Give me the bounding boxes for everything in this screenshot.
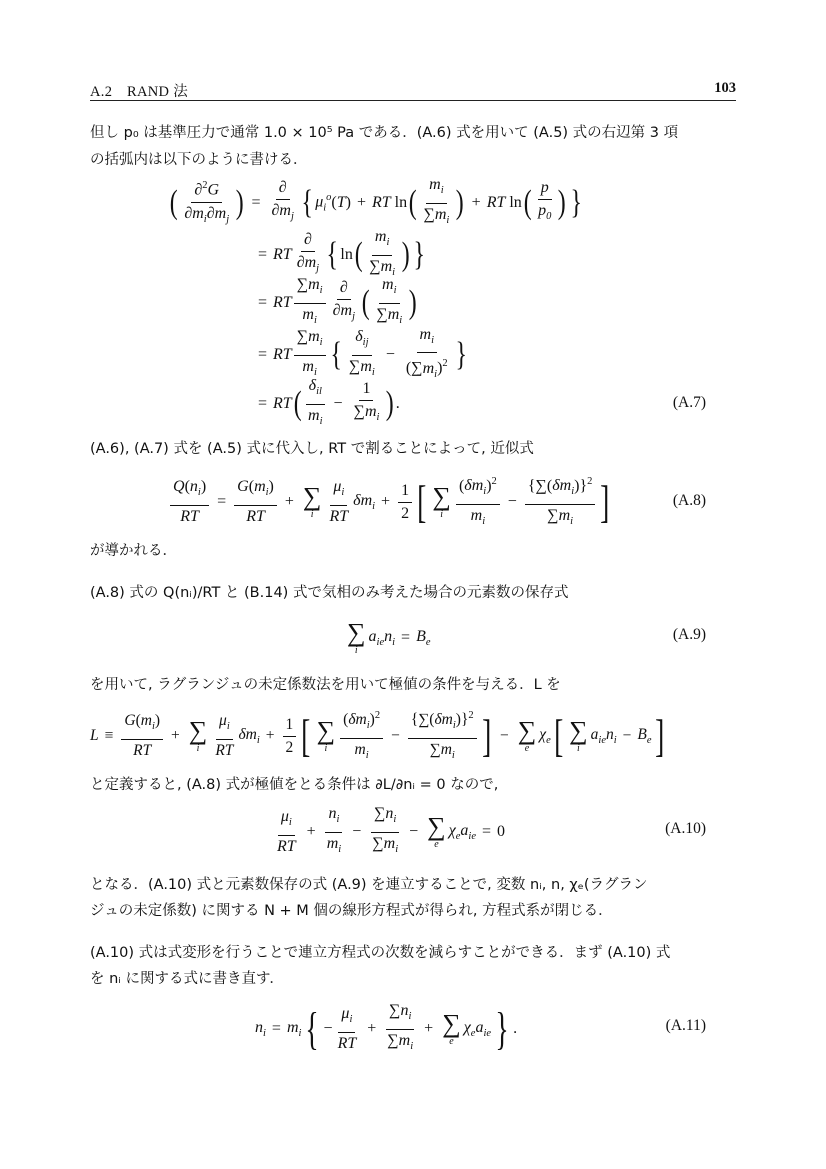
running-header: A.2 RAND 法 103	[90, 80, 736, 101]
equation-a11: ni=mi { −μiRT + ∑ni∑mi + ∑e χeaie }.	[255, 1002, 517, 1056]
equation-a7-line-4: =RT ∑mimi { δij∑mi − mi(∑mi)2 }	[258, 330, 469, 380]
document-page: A.2 RAND 法 103 但し p₀ は基準圧力で通常 1.0 × 10⁵ …	[0, 0, 826, 1169]
equation-number-a9: (A.9)	[673, 626, 706, 644]
equation-number-a10: (A.10)	[665, 820, 706, 838]
equation-number-a8: (A.8)	[673, 492, 706, 510]
paragraph-4: (A.8) 式の Q(nᵢ)/RT と (B.14) 式で気相のみ考えた場合の元…	[90, 580, 710, 606]
equation-a9: ∑i aieni=Be	[344, 616, 431, 660]
paragraph-6: と定義すると, (A.8) 式が極値をとる条件は ∂L/∂nᵢ = 0 なので,	[90, 772, 710, 798]
page-number: 103	[714, 80, 736, 97]
equation-a10: μiRT + nimi − ∑ni∑mi − ∑e χeaie=0	[272, 806, 505, 858]
paragraph-7-line-1: となる．(A.10) 式と元素数保存の式 (A.9) を連立することで, 変数 …	[90, 872, 710, 898]
equation-a7-line-2: =RT ∂∂mj {ln (mi∑mi) }	[258, 232, 428, 278]
equation-a7-line-1: ( ∂2G∂mi∂mj ) = ∂∂mj { μio(T)+RT ln (mi∑…	[168, 178, 584, 228]
paragraph-3: が導かれる．	[90, 538, 710, 564]
paragraph-8-line-1: (A.10) 式は式変形を行うことで連立方程式の次数を減らすことができる．まず …	[90, 940, 710, 966]
equation-lagrangian-definition: L≡ G(mi)RT + ∑i μiRTδmi + 12 [ ∑i (δmi)2…	[90, 708, 667, 764]
paragraph-8-line-2: を nᵢ に関する式に書き直す．	[90, 966, 710, 992]
equation-number-a11: (A.11)	[666, 1017, 706, 1035]
equation-a7-line-5: =RT ( δilmi − 1∑mi ).	[258, 380, 400, 428]
paragraph-1-line-1: 但し p₀ は基準圧力で通常 1.0 × 10⁵ Pa である．(A.6) 式を…	[90, 120, 710, 146]
equation-number-a7: (A.7)	[673, 394, 706, 412]
section-title: A.2 RAND 法	[90, 80, 188, 101]
paragraph-5: を用いて, ラグランジュの未定係数法を用いて極値の条件を与える．L を	[90, 672, 710, 698]
equation-a7-line-3: =RT ∑mimi ∂∂mj (mi∑mi)	[258, 280, 419, 326]
paragraph-7-line-2: ジュの未定係数) に関する N + M 個の線形方程式が得られ, 方程式系が閉じ…	[90, 898, 710, 924]
equation-a8: Q(ni)RT = G(mi)RT + ∑i μiRTδmi + 12 [ ∑i…	[168, 474, 613, 530]
paragraph-2: (A.6), (A.7) 式を (A.5) 式に代入し, RT で割ることによっ…	[90, 436, 710, 462]
paragraph-1-line-2: の括弧内は以下のように書ける．	[90, 147, 710, 173]
